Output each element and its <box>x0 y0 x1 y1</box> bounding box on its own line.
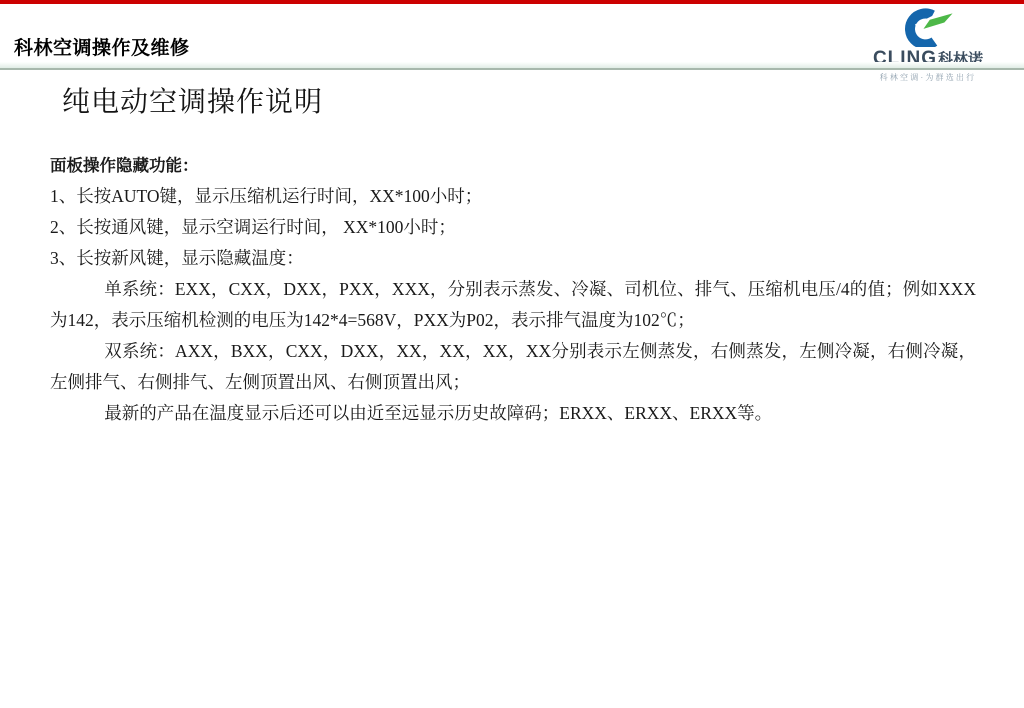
section-heading: 面板操作隐藏功能： <box>50 150 976 181</box>
slide-page: { "header": { "title": "科林空调操作及维修" }, "l… <box>0 0 1024 708</box>
paragraph-fault-codes: 最新的产品在温度显示后还可以由近至远显示历史故障码；ERXX、ERXX、ERXX… <box>50 398 976 429</box>
top-accent-line <box>0 0 1024 4</box>
list-item-3: 3、长按新风键，显示隐藏温度： <box>50 243 976 274</box>
paragraph-single-system: 单系统：EXX，CXX，DXX，PXX，XXX，分别表示蒸发、冷凝、司机位、排气… <box>50 274 976 336</box>
cling-logo-icon <box>897 7 959 47</box>
slide-body: 面板操作隐藏功能： 1、长按AUTO键，显示压缩机运行时间，XX*100小时； … <box>50 150 976 429</box>
paragraph-dual-system: 双系统：AXX，BXX，CXX，DXX，XX，XX，XX，XX分别表示左侧蒸发，… <box>50 336 976 398</box>
list-item-1: 1、长按AUTO键，显示压缩机运行时间，XX*100小时； <box>50 181 976 212</box>
page-header-title: 科林空调操作及维修 <box>14 33 190 60</box>
list-item-2: 2、长按通风键，显示空调运行时间， XX*100小时； <box>50 212 976 243</box>
company-logo: CLING 科林诺 科林空调·为群选出行 <box>848 7 1008 83</box>
slide-title: 纯电动空调操作说明 <box>62 80 323 120</box>
logo-tagline: 科林空调·为群选出行 <box>880 72 977 83</box>
header-separator-line <box>0 62 1024 70</box>
